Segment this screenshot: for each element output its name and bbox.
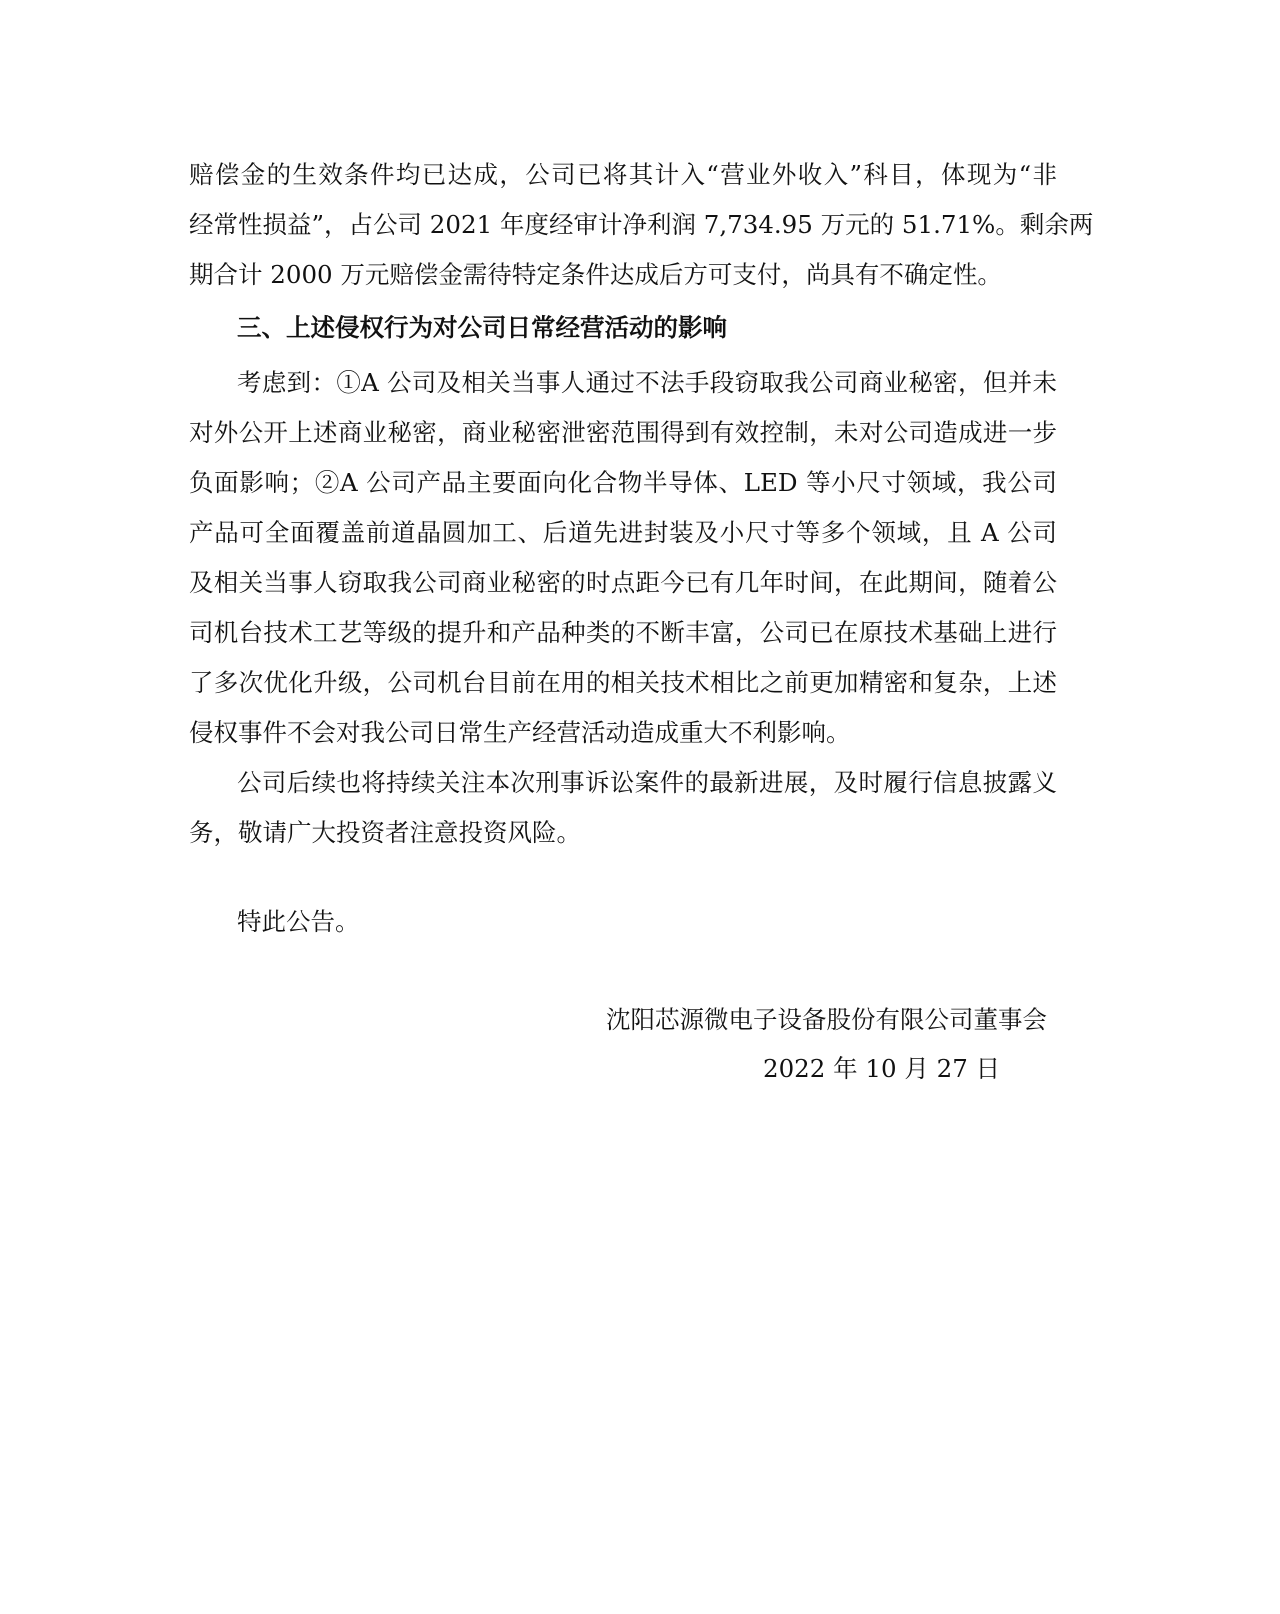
paragraph-line: 对外公开上述商业秘密，商业秘密泄密范围得到有效控制，未对公司造成进一步 <box>189 416 1057 450</box>
paragraph-line: 侵权事件不会对我公司日常生产经营活动造成重大不利影响。 <box>189 716 1057 750</box>
paragraph-line: 了多次优化升级，公司机台目前在用的相关技术相比之前更加精密和复杂，上述 <box>189 666 1057 700</box>
paragraph-line: 赔偿金的生效条件均已达成，公司已将其计入“营业外收入”科目，体现为“非 <box>189 158 1057 192</box>
paragraph-line: 经常性损益”，占公司 2021 年度经审计净利润 7,734.95 万元的 51… <box>189 208 1057 242</box>
paragraph-line: 期合计 2000 万元赔偿金需待特定条件达成后方可支付，尚具有不确定性。 <box>189 258 1057 292</box>
paragraph-line: 负面影响；②A 公司产品主要面向化合物半导体、LED 等小尺寸领域，我公司 <box>189 466 1057 500</box>
section-heading: 三、上述侵权行为对公司日常经营活动的影响 <box>237 311 727 345</box>
paragraph-line: 公司后续也将持续关注本次刑事诉讼案件的最新进展，及时履行信息披露义 <box>237 766 1057 800</box>
paragraph-line: 产品可全面覆盖前道晶圆加工、后道先进封装及小尺寸等多个领域，且 A 公司 <box>189 516 1057 550</box>
paragraph-line: 司机台技术工艺等级的提升和产品种类的不断丰富，公司已在原技术基础上进行 <box>189 616 1057 650</box>
signature-company: 沈阳芯源微电子设备股份有限公司董事会 <box>606 1003 1047 1037</box>
document-page: 赔偿金的生效条件均已达成，公司已将其计入“营业外收入”科目，体现为“非 经常性损… <box>0 0 1280 1614</box>
paragraph-line: 考虑到：①A 公司及相关当事人通过不法手段窃取我公司商业秘密，但并未 <box>237 366 1057 400</box>
signature-date: 2022 年 10 月 27 日 <box>763 1052 1000 1086</box>
paragraph-line: 务，敬请广大投资者注意投资风险。 <box>189 816 1057 850</box>
paragraph-line: 及相关当事人窃取我公司商业秘密的时点距今已有几年时间，在此期间，随着公 <box>189 566 1057 600</box>
closing-statement: 特此公告。 <box>237 905 360 939</box>
